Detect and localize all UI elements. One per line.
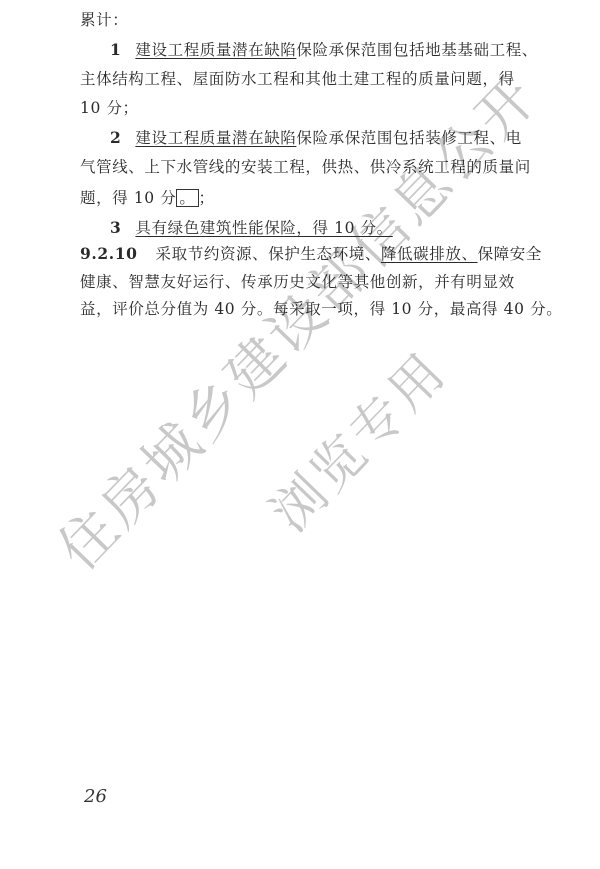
item-2-line-3-end: ； [199,189,215,207]
clause-line-1-post: 保障安全 [478,245,542,263]
item-1-line-3: 10 分； [80,98,139,118]
intro-text: 累计： [80,10,128,30]
item-2-rest: 保险承保范围包括装修工程、电 [296,129,521,147]
edit-mark-box: 。 [176,189,198,207]
item-3: 3具有绿色建筑性能保险，得 10 分。 [110,218,393,238]
item-2-line-3-text: 题，得 10 分 [80,189,176,207]
clause-line-3: 益，评价总分值为 40 分。每采取一项，得 10 分，最高得 40 分。 [80,299,562,319]
item-3-text: 具有绿色建筑性能保险，得 10 分。 [135,219,392,237]
item-2-line-1: 2建设工程质量潜在缺陷保险承保范围包括装修工程、电 [110,128,522,148]
item-2-line-3: 题，得 10 分。； [80,188,215,208]
clause-line-1: 9.2.10采取节约资源、保护生态环境、降低碳排放、保障安全 [80,244,542,264]
item-1-rest: 保险承保范围包括地基基础工程、 [296,41,538,59]
item-1-underlined: 建设工程质量潜在缺陷 [135,41,296,59]
item-2-number: 2 [110,128,121,148]
item-1-line-1: 1建设工程质量潜在缺陷保险承保范围包括地基基础工程、 [110,40,538,60]
clause-line-2: 健康、智慧友好运行、传承历史文化等其他创新，并有明显效 [80,272,515,292]
document-page: 住房城乡建设部信息公开 浏览专用 累计： 1建设工程质量潜在缺陷保险承保范围包括… [0,0,600,869]
item-1-number: 1 [110,40,121,60]
item-2-line-2: 气管线、上下水管线的安装工程，供热、供冷系统工程的质量问 [80,157,531,177]
clause-number: 9.2.10 [80,244,138,264]
item-2-underlined: 建设工程质量潜在缺陷 [135,129,296,147]
item-1-line-2: 主体结构工程、屋面防水工程和其他土建工程的质量问题，得 [80,69,515,89]
page-number: 26 [84,786,107,807]
clause-underlined: 降低碳排放、 [381,245,478,263]
clause-line-1-pre: 采取节约资源、保护生态环境、 [156,245,381,263]
item-3-number: 3 [110,218,121,238]
watermark-line-2: 浏览专用 [251,332,461,545]
